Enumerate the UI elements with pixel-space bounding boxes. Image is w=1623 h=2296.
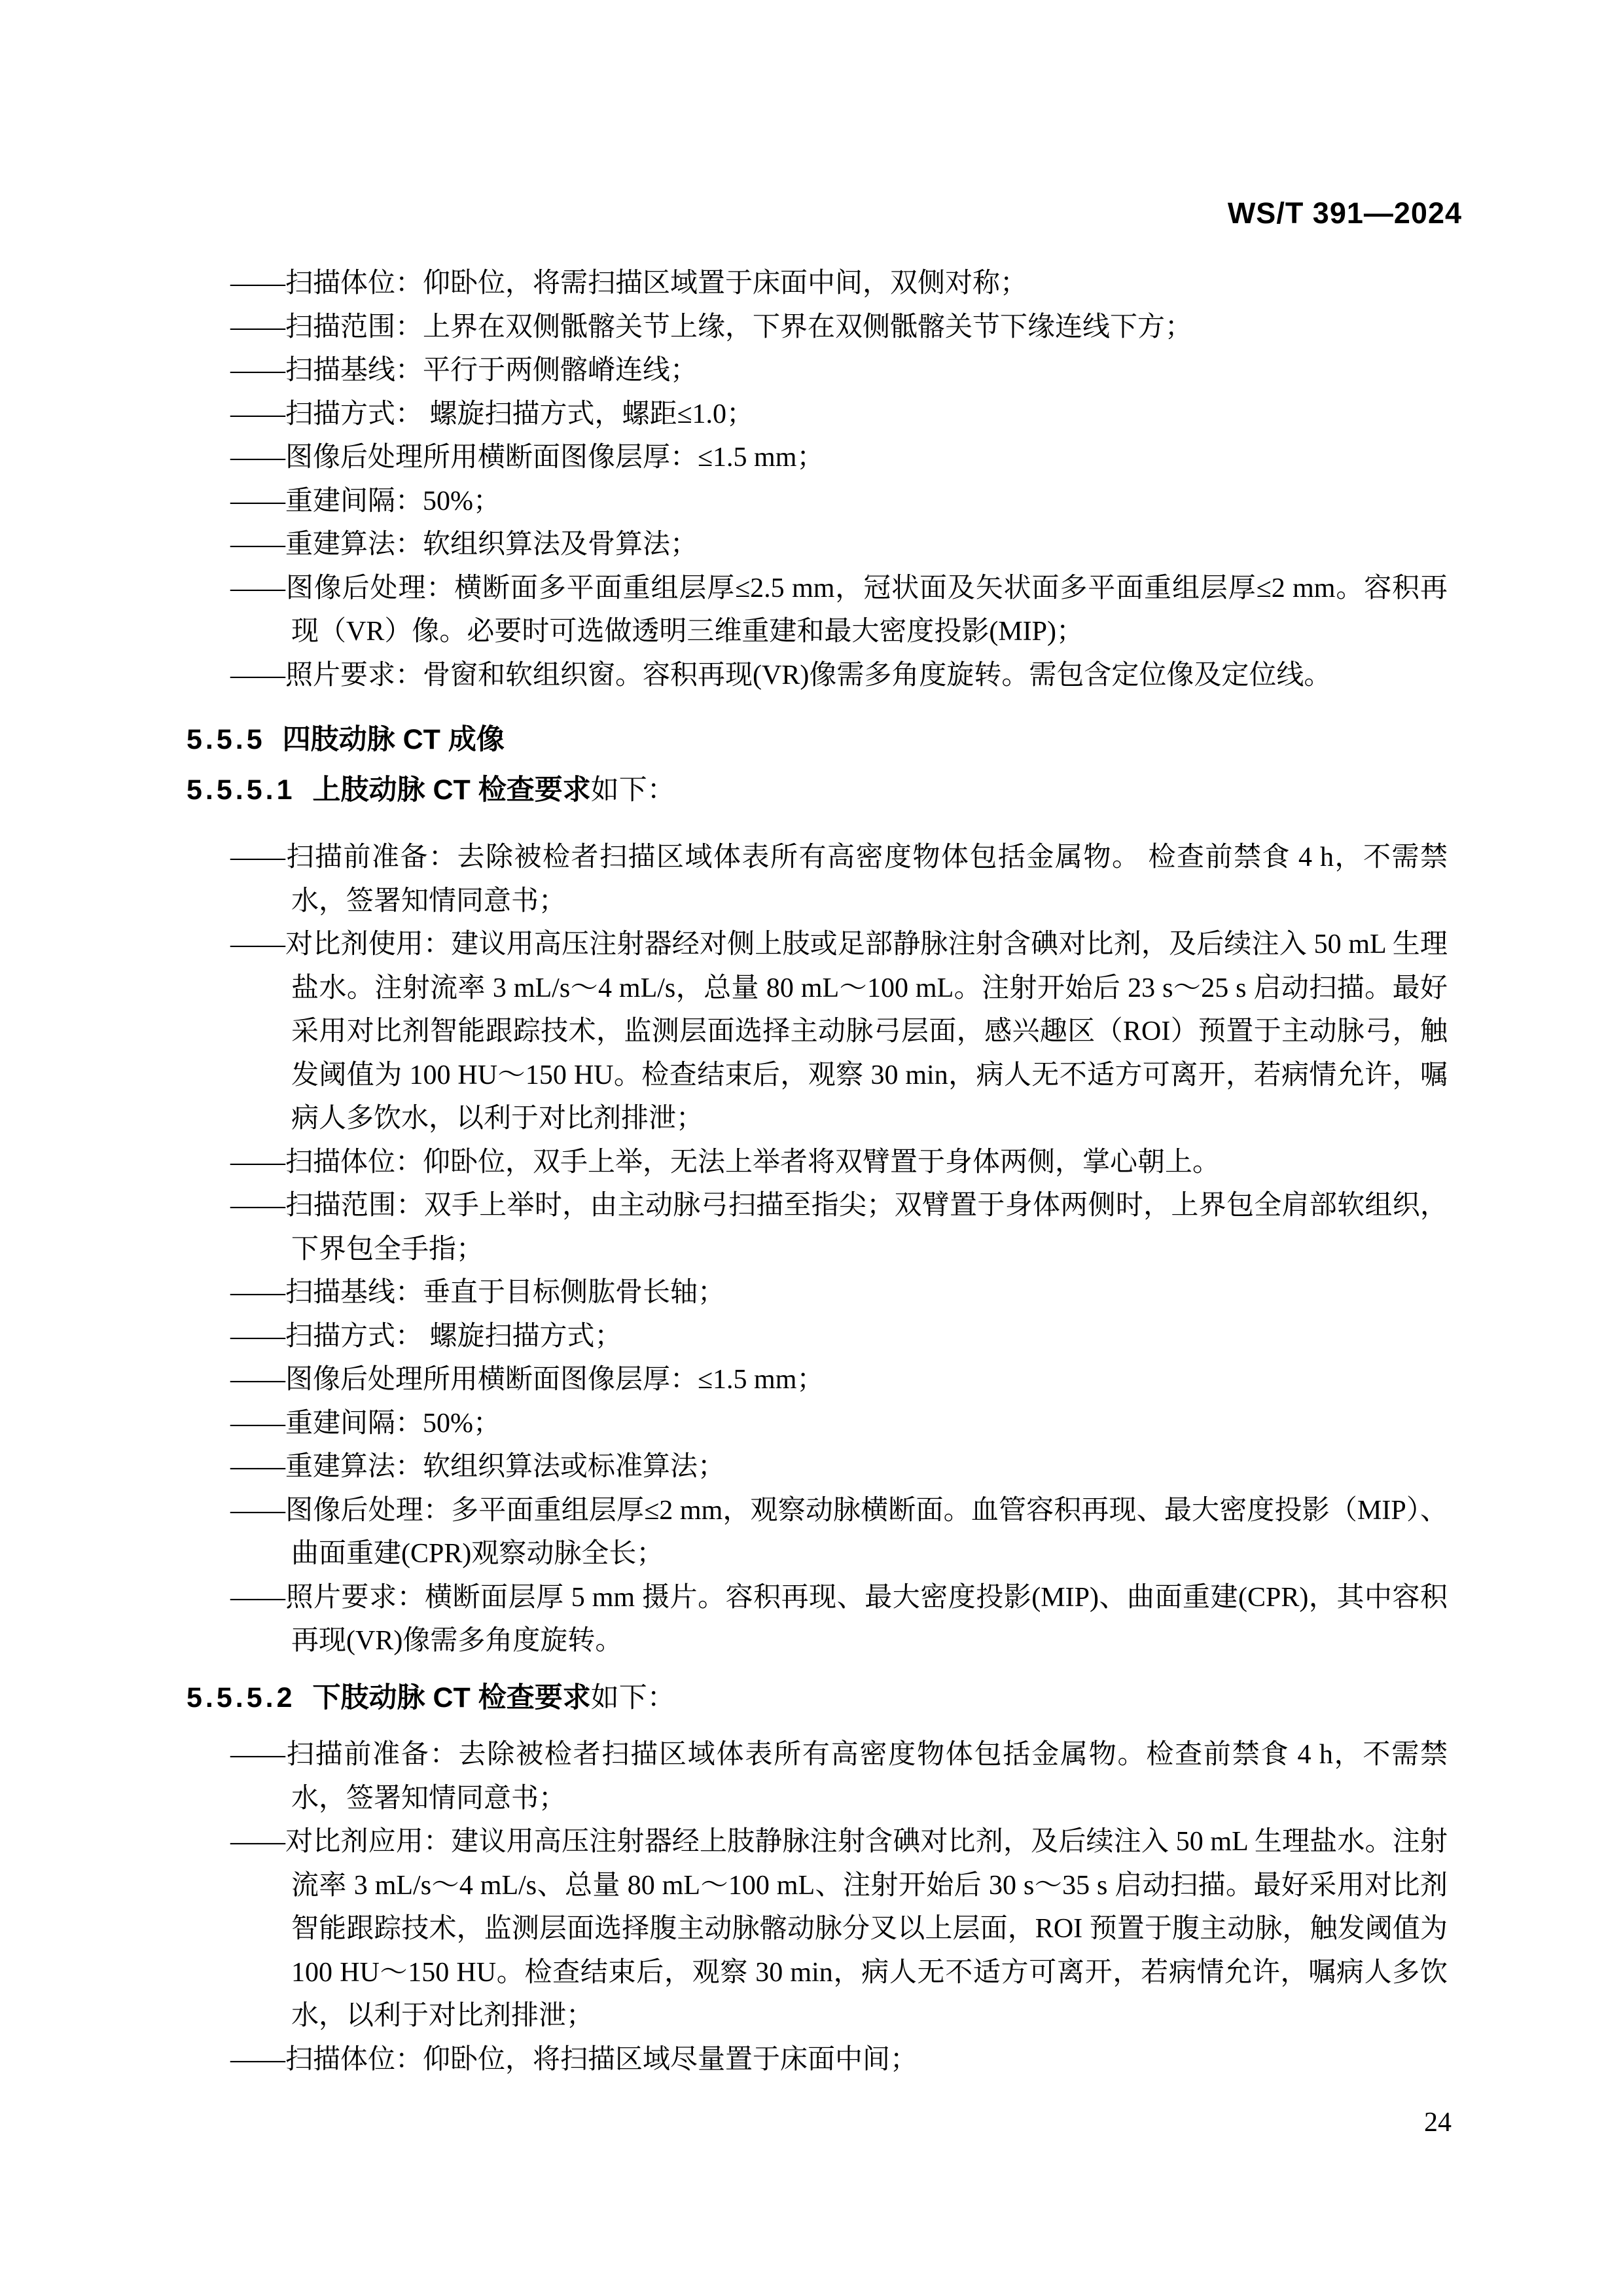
list-item: ——扫描范围：双手上举时，由主动脉弓扫描至指尖；双臂置于身体两侧时，上界包全肩部… <box>230 1184 1448 1271</box>
document-content: ——扫描体位：仰卧位，将需扫描区域置于床面中间，双侧对称； ——扫描范围：上界在… <box>230 262 1448 2081</box>
standard-number: WS/T 391—2024 <box>1228 196 1462 230</box>
list-item: ——照片要求：骨窗和软组织窗。容积再现(VR)像需多角度旋转。需包含定位像及定位… <box>230 654 1448 698</box>
list-item: ——照片要求：横断面层厚 5 mm 摄片。容积再现、最大密度投影(MIP)、曲面… <box>230 1576 1448 1663</box>
section-title: 上肢动脉 CT 检查要求 <box>313 774 591 806</box>
list-item: ——图像后处理所用横断面图像层厚：≤1.5 mm； <box>230 1358 1448 1402</box>
lower-limb-ct-list: ——扫描前准备：去除被检者扫描区域体表所有高密度物体包括金属物。检查前禁食 4 … <box>230 1733 1448 2081</box>
section-title: 下肢动脉 CT 检查要求 <box>313 1682 591 1713</box>
list-item: ——重建算法：软组织算法或标准算法； <box>230 1445 1448 1489</box>
list-item: ——扫描范围：上界在双侧骶髂关节上缘，下界在双侧骶髂关节下缘连线下方； <box>230 306 1448 350</box>
section-number: 5.5.5.2 <box>187 1682 296 1713</box>
list-item: ——扫描前准备：去除被检者扫描区域体表所有高密度物体包括金属物。 检查前禁食 4… <box>230 836 1448 923</box>
list-item: ——扫描体位：仰卧位，将需扫描区域置于床面中间，双侧对称； <box>230 262 1448 306</box>
section-title-suffix: 如下： <box>591 1683 675 1713</box>
section-heading-5-5-5-2: 5.5.5.2下肢动脉 CT 检查要求如下： <box>187 1676 1448 1721</box>
list-item: ——扫描前准备：去除被检者扫描区域体表所有高密度物体包括金属物。检查前禁食 4 … <box>230 1733 1448 1820</box>
list-item: ——重建间隔：50%； <box>230 1402 1448 1446</box>
list-item: ——图像后处理：多平面重组层厚≤2 mm，观察动脉横断面。血管容积再现、最大密度… <box>230 1489 1448 1576</box>
list-item: ——重建间隔：50%； <box>230 480 1448 524</box>
list-item: ——扫描方式： 螺旋扫描方式； <box>230 1315 1448 1359</box>
list-item: ——扫描基线：垂直于目标侧肱骨长轴； <box>230 1271 1448 1315</box>
list-item: ——图像后处理所用横断面图像层厚：≤1.5 mm； <box>230 436 1448 480</box>
list-item: ——对比剂使用：建议用高压注射器经对侧上肢或足部静脉注射含碘对比剂，及后续注入 … <box>230 923 1448 1141</box>
section-heading-5-5-5: 5.5.5四肢动脉 CT 成像 <box>187 718 1448 762</box>
list-item: ——扫描体位：仰卧位，双手上举，无法上举者将双臂置于身体两侧，掌心朝上。 <box>230 1141 1448 1185</box>
section-number: 5.5.5 <box>187 724 266 755</box>
section-number: 5.5.5.1 <box>187 774 296 806</box>
list-item: ——扫描基线：平行于两侧髂嵴连线； <box>230 349 1448 393</box>
document-page: WS/T 391—2024 ——扫描体位：仰卧位，将需扫描区域置于床面中间，双侧… <box>0 0 1623 2296</box>
list-item: ——重建算法：软组织算法及骨算法； <box>230 523 1448 567</box>
list-item: ——扫描体位：仰卧位，将扫描区域尽量置于床面中间； <box>230 2038 1448 2082</box>
list-item: ——图像后处理：横断面多平面重组层厚≤2.5 mm，冠状面及矢状面多平面重组层厚… <box>230 567 1448 654</box>
section-heading-5-5-5-1: 5.5.5.1上肢动脉 CT 检查要求如下： <box>187 768 1448 813</box>
page-number: 24 <box>1424 2109 1452 2136</box>
list-item: ——扫描方式： 螺旋扫描方式，螺距≤1.0； <box>230 393 1448 437</box>
running-header: WS/T 391—2024 <box>1228 196 1462 230</box>
section-title-suffix: 如下： <box>591 775 675 806</box>
section-title: 四肢动脉 CT 成像 <box>283 724 505 755</box>
list-item: ——对比剂应用：建议用高压注射器经上肢静脉注射含碘对比剂，及后续注入 50 mL… <box>230 1820 1448 2038</box>
intro-list: ——扫描体位：仰卧位，将需扫描区域置于床面中间，双侧对称； ——扫描范围：上界在… <box>230 262 1448 697</box>
upper-limb-ct-list: ——扫描前准备：去除被检者扫描区域体表所有高密度物体包括金属物。 检查前禁食 4… <box>230 836 1448 1663</box>
